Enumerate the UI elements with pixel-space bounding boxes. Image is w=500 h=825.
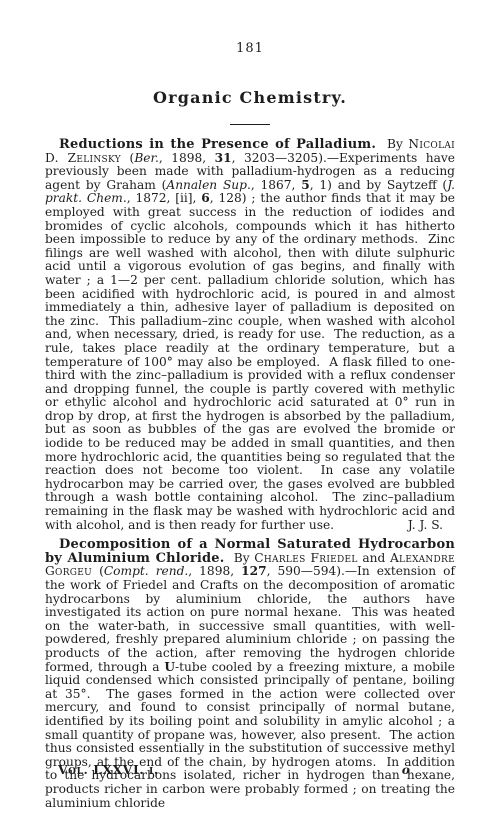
text-run: By xyxy=(376,137,408,151)
text-run: Ber. xyxy=(134,151,159,165)
text-run: , 1867, xyxy=(251,178,301,192)
text-run: , 128) ; the author finds that it may be… xyxy=(45,191,459,531)
page-footer: Vol. LXXVI. i. o xyxy=(45,763,455,777)
text-run: 127 xyxy=(241,564,266,578)
text-run: Compt. rend. xyxy=(104,564,188,578)
text-run: -tube cooled by a freezing mixture, a mo… xyxy=(45,660,459,810)
text-run: ( xyxy=(121,151,134,165)
volume-label: Vol. LXXVI. i. xyxy=(45,763,159,777)
text-run: By xyxy=(225,551,255,565)
abstract-reductions-palladium: Reductions in the Presence of Palladium.… xyxy=(45,138,455,532)
text-run: Annalen Sup. xyxy=(166,178,250,192)
text-run: 5 xyxy=(301,178,309,192)
text-run: and xyxy=(358,551,390,565)
section-divider-rule xyxy=(230,124,270,125)
text-run: U xyxy=(164,660,175,674)
text-run: , 1898, xyxy=(159,151,215,165)
text-run: J. J. S. xyxy=(394,519,443,533)
text-run: 31 xyxy=(215,151,232,165)
page-body: Reductions in the Presence of Palladium.… xyxy=(45,138,455,816)
text-run: , 1) and by Saytzeff ( xyxy=(310,178,447,192)
text-run: , 590—594).—In extension of the work of … xyxy=(45,564,459,673)
journal-page: 181 Organic Chemistry. Reductions in the… xyxy=(0,0,500,825)
page-number: 181 xyxy=(0,41,500,56)
text-run: , 1872, [ii], xyxy=(127,191,202,205)
text-run: 6 xyxy=(201,191,209,205)
text-run: Charles Friedel xyxy=(254,551,357,565)
text-run: , 1898, xyxy=(188,564,241,578)
signature-mark: o xyxy=(402,763,455,777)
section-title: Organic Chemistry. xyxy=(0,88,500,107)
text-run: ( xyxy=(92,564,104,578)
